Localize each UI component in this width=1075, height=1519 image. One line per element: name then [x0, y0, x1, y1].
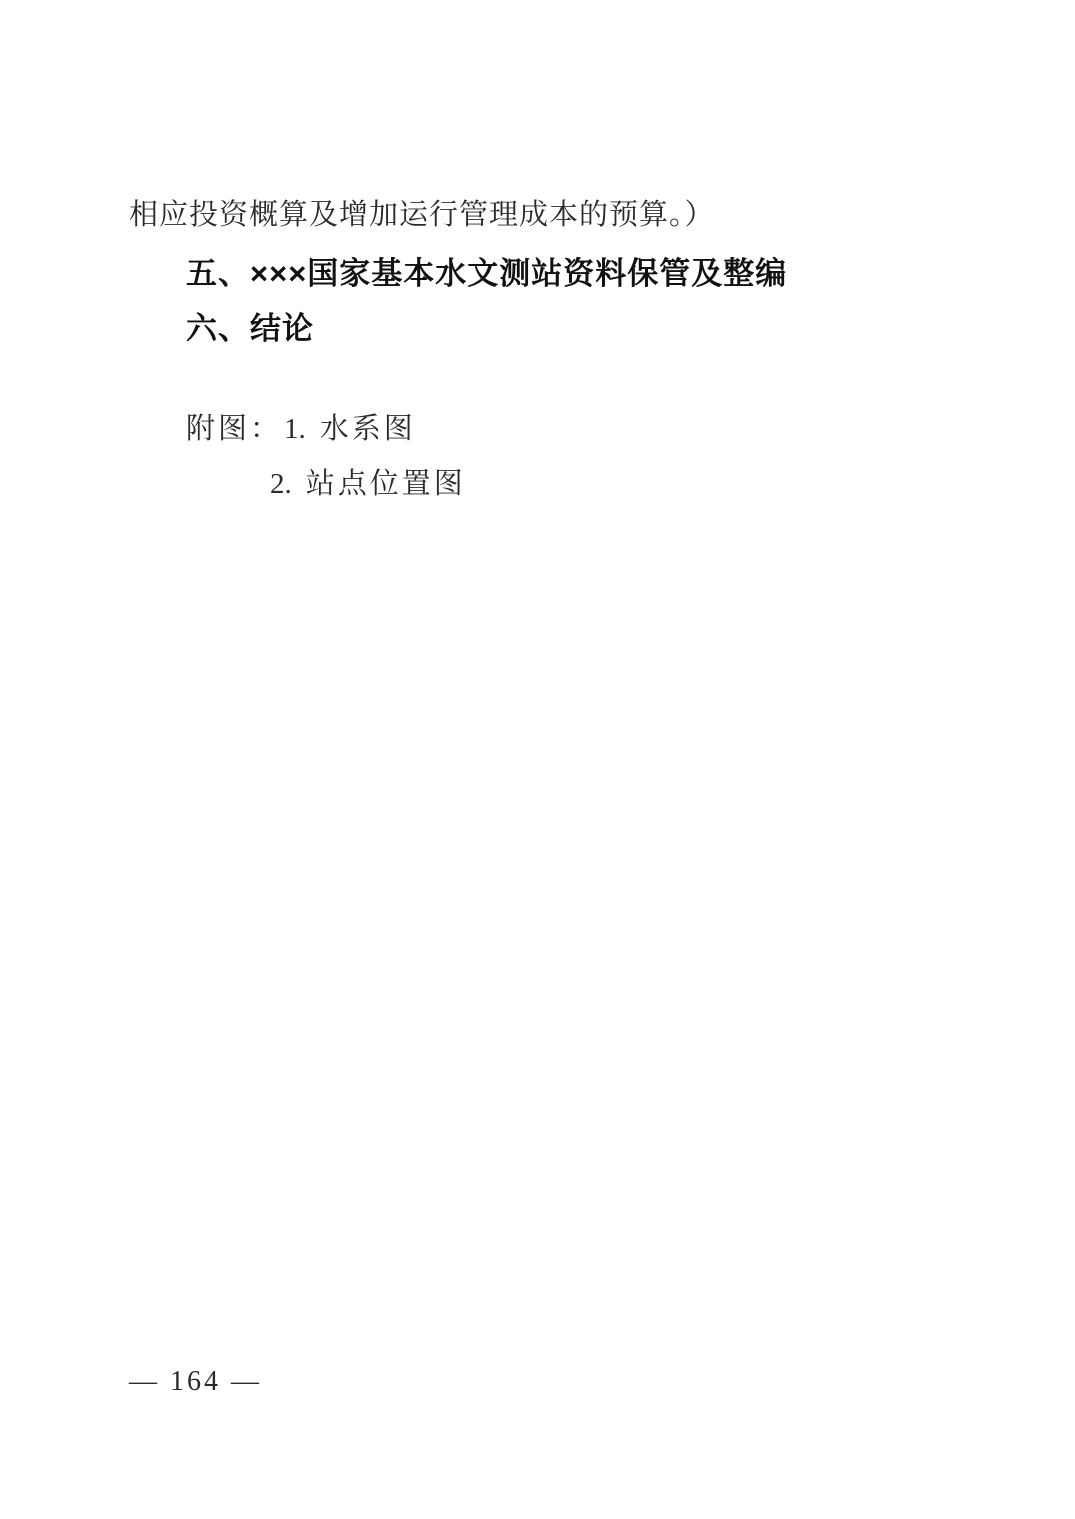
attachment-list-line-1: 附图：1.水系图 — [186, 406, 416, 447]
section-heading-five: 五、×××国家基本水文测站资料保管及整编 — [186, 248, 787, 293]
attachment-item-number: 1. — [284, 413, 306, 446]
page-number: — 164 — — [129, 1366, 262, 1398]
paragraph-ending-text: 相应投资概算及增加运行管理成本的预算。） — [129, 192, 715, 233]
attachment-item-label: 水系图 — [320, 413, 416, 445]
attachment-item-label: 站点位置图 — [306, 468, 466, 500]
document-page: 相应投资概算及增加运行管理成本的预算。） 五、×××国家基本水文测站资料保管及整… — [0, 0, 1075, 1519]
attachment-list-line-2: 2.站点位置图 — [270, 461, 466, 502]
attachment-prefix: 附图： — [186, 406, 282, 447]
section-heading-six: 六、结论 — [186, 303, 314, 348]
attachment-item-number: 2. — [270, 468, 292, 501]
